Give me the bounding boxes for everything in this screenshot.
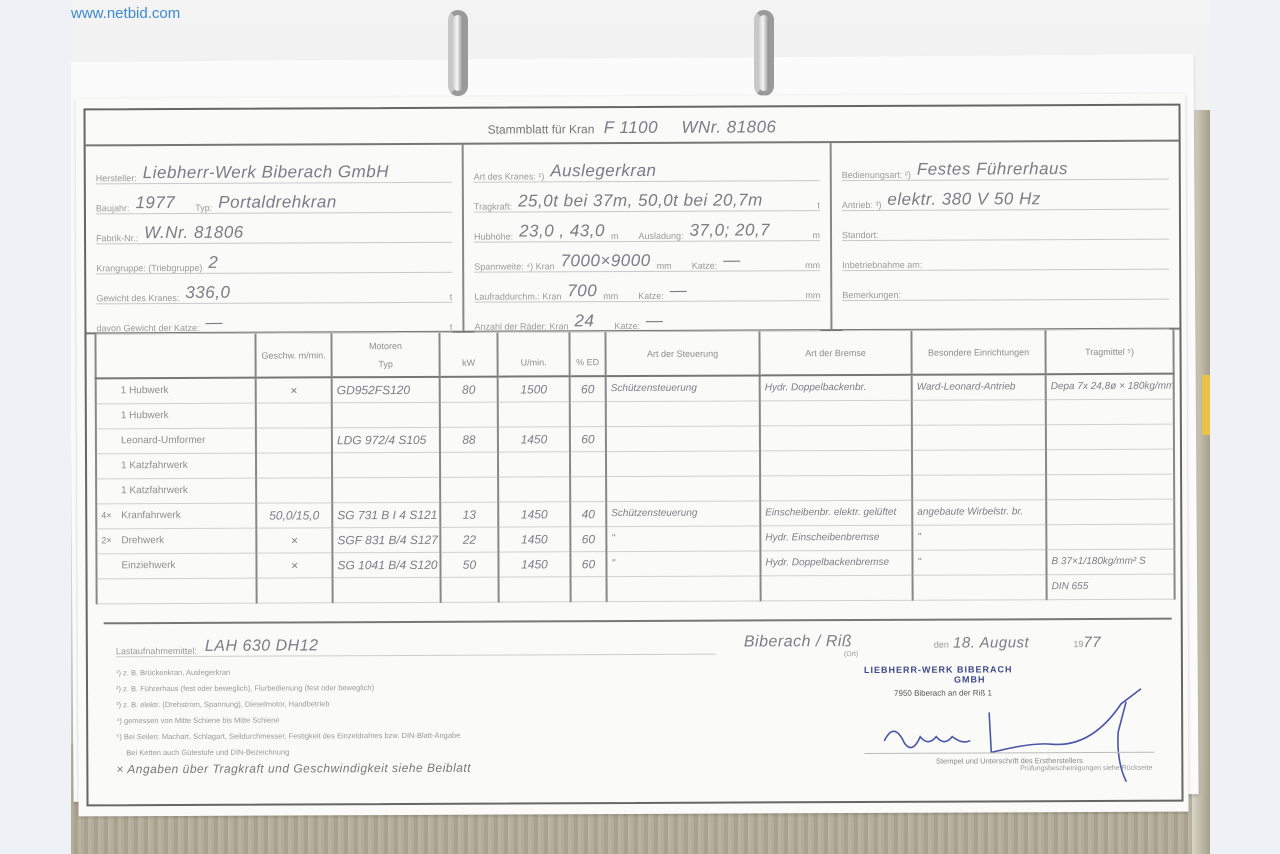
field-value: 2: [208, 253, 218, 273]
cell-control: [606, 475, 760, 501]
cell-name: 4×Kranfahrwerk: [96, 503, 256, 529]
cell-kw: 80: [440, 377, 498, 402]
cell-brake: Einscheibenbr. elektr. gelüftet: [760, 500, 912, 526]
form-line: Antrieb: ³)elektr. 380 V 50 Hz: [842, 180, 1169, 211]
cell-rpm: 1450: [498, 426, 570, 451]
cell-control: Schützensteuerung: [606, 375, 760, 401]
cell-rpm: 1450: [498, 526, 570, 551]
field-value: 25,0t bei 37m, 50,0t bei 20,7m: [518, 190, 763, 211]
field-value: elektr. 380 V 50 Hz: [887, 189, 1041, 210]
cell-type: SGF 831 B/4 S127: [332, 527, 440, 552]
field-label: Antrieb: ³): [842, 200, 882, 210]
form-line: [842, 300, 1169, 331]
table-row: DIN 655: [97, 574, 1175, 604]
year-prefix: 19: [1073, 639, 1083, 649]
cell-brake: Hydr. Doppelbackenbremse: [760, 550, 912, 576]
cell-brake: [760, 475, 912, 501]
operation-block: Bedienungsart: ²)Festes FührerhausAntrie…: [832, 142, 1180, 330]
cell-rope: [1046, 449, 1174, 475]
cell-type: [332, 477, 440, 502]
cell-control: ": [606, 525, 760, 551]
cell-type: [332, 402, 440, 427]
form-line: Hersteller:Liebherr-Werk Biberach GmbH: [96, 153, 452, 185]
year-value: 77: [1083, 634, 1101, 651]
field-label: Bedienungsart: ²): [842, 170, 911, 180]
form-line: Krangruppe: (Triebgruppe)2: [96, 243, 452, 275]
field-value: —: [646, 311, 664, 331]
cell-speed: [256, 402, 332, 427]
field-value: 37,0; 20,7: [689, 220, 770, 240]
form-line: Anzahl der Räder: Kran24Katze:—: [474, 301, 820, 333]
cell-rpm: 1450: [498, 501, 570, 526]
col-speed: Geschw. m/min.: [255, 333, 331, 377]
field-label: Inbetriebnahme am:: [842, 260, 922, 270]
crane-serial: WNr. 81806: [681, 117, 776, 136]
manufacturer-block: Hersteller:Liebherr-Werk Biberach GmbHBa…: [86, 145, 465, 333]
field-label: Katze:: [692, 261, 718, 271]
stamp-line: LIEBHERR-WERK BIBERACH: [864, 664, 1013, 675]
field-label: Anzahl der Räder: Kran: [474, 321, 568, 331]
cell-kw: [440, 477, 498, 502]
cell-name: 1 Katzfahrwerk: [96, 478, 256, 504]
signature-caption: Stempel und Unterschrift des Erstherstel…: [864, 752, 1154, 766]
cell-rpm: 1500: [498, 376, 570, 401]
col-type: MotorenTyp: [331, 333, 439, 377]
form-line: Laufraddurchm.: Kran700mmKatze:—mm: [474, 271, 820, 303]
field-value: —: [723, 251, 741, 271]
cell-type: GD952FS120: [332, 377, 440, 402]
mechanism-name: Leonard-Umformer: [121, 435, 206, 446]
field-value: 23,0 , 43,0: [519, 221, 605, 241]
field-label: Standort:: [842, 230, 879, 240]
cell-speed: ×: [256, 552, 332, 577]
field-label: Spannweite: ⁴) Kran: [474, 261, 554, 271]
cell-type: SG 731 B I 4 S121: [332, 502, 440, 527]
cell-kw: [440, 452, 498, 477]
lam-value: LAH 630 DH12: [205, 637, 319, 655]
cell-ed: 60: [570, 551, 606, 576]
mechanism-name: 1 Hubwerk: [121, 385, 169, 396]
cell-brake: [760, 425, 912, 451]
general-info: Hersteller:Liebherr-Werk Biberach GmbHBa…: [86, 142, 1180, 335]
form-line: Fabrik-Nr.:W.Nr. 81806: [96, 213, 452, 245]
date-field: den 18. August 1977: [934, 634, 1101, 652]
field-value: —: [670, 281, 688, 301]
signature-block: Biberach / Riß (Ort) den 18. August 1977…: [744, 632, 1164, 659]
cell-control: [607, 575, 761, 601]
cell-control: Schützensteuerung: [606, 500, 760, 526]
field-label: Hersteller:: [96, 173, 137, 183]
mechanism-name: 1 Hubwerk: [121, 410, 169, 421]
cell-control: [606, 400, 760, 426]
field-unit: t: [450, 292, 453, 302]
cell-special: [912, 474, 1046, 500]
quantity-prefix: 2×: [101, 535, 121, 545]
field-label: Typ:: [195, 203, 212, 213]
cell-rope: DIN 655: [1047, 574, 1175, 600]
form-line: Bedienungsart: ²)Festes Führerhaus: [842, 150, 1169, 181]
form-line: Hubhöhe:23,0 , 43,0mAusladung:37,0; 20,7…: [474, 211, 820, 243]
cell-kw: 22: [440, 527, 498, 552]
cell-rpm: [498, 401, 570, 426]
field-unit: mm: [805, 290, 820, 300]
cell-control: [606, 425, 760, 451]
lam-label: Lastaufnahmemittel:: [116, 646, 197, 656]
field-unit: m: [813, 230, 821, 240]
cell-speed: [256, 452, 332, 477]
cell-ed: 60: [570, 426, 606, 451]
cell-special: ": [912, 549, 1046, 575]
field-label: davon Gewicht der Katze:: [96, 323, 199, 333]
form-line: Inbetriebnahme am:: [842, 240, 1169, 271]
mechanism-name: Drehwerk: [121, 535, 164, 546]
cell-speed: ×: [256, 377, 332, 402]
form-line: Bemerkungen:: [842, 270, 1169, 301]
date-value: 18. August: [953, 634, 1029, 651]
form-line: Gewicht des Kranes:336,0t: [96, 273, 452, 305]
binder-ring-icon: [448, 10, 468, 96]
field-unit: m: [611, 231, 619, 241]
field-label: Hubhöhe:: [474, 232, 513, 242]
cell-ed: [571, 576, 607, 601]
cell-rope: [1046, 424, 1174, 450]
cell-ed: [570, 476, 606, 501]
cell-brake: [760, 400, 912, 426]
cell-special: [912, 449, 1046, 475]
mechanism-name: 1 Katzfahrwerk: [121, 485, 188, 496]
cell-kw: [440, 402, 498, 427]
col-brake: Art der Bremse: [759, 331, 911, 376]
cell-special: [912, 399, 1046, 425]
field-label: Krangruppe: (Triebgruppe): [96, 263, 202, 273]
cell-control: ": [606, 550, 760, 576]
cell-rpm: [498, 476, 570, 501]
cell-special: [913, 574, 1047, 600]
watermark-link[interactable]: www.netbid.com: [71, 5, 180, 22]
cell-speed: ×: [256, 527, 332, 552]
cell-kw: 13: [440, 502, 498, 527]
crane-model: F 1100: [604, 118, 658, 137]
cell-rope: [1046, 399, 1174, 425]
field-unit: mm: [805, 260, 820, 270]
place: Biberach / Riß: [744, 633, 852, 650]
cell-rope: [1046, 474, 1174, 500]
bottom-note: Prüfungsbescheinigungen siehe Rückseite: [1020, 765, 1152, 773]
col-rope: Tragmittel ⁵): [1045, 330, 1173, 375]
title-label: Stammblatt für Kran: [488, 122, 595, 136]
binder-ring-icon: [754, 10, 774, 96]
crane-specs-block: Art des Kranes: ¹)AuslegerkranTragkraft:…: [464, 143, 833, 331]
field-unit: mm: [603, 291, 618, 301]
field-value: Festes Führerhaus: [917, 159, 1068, 180]
cell-ed: 60: [570, 376, 606, 401]
cell-kw: 50: [440, 552, 498, 577]
cell-ed: 40: [570, 501, 606, 526]
field-value: Liebherr-Werk Biberach GmbH: [143, 162, 389, 183]
col-ed: % ED: [569, 332, 605, 376]
document-photo: Stammblatt für Kran F 1100 WNr. 81806 He…: [71, 0, 1210, 854]
col-control: Art der Steuerung: [605, 331, 759, 376]
cell-name: 1 Katzfahrwerk: [96, 453, 256, 479]
form-line: Art des Kranes: ¹)Auslegerkran: [474, 151, 820, 183]
cell-speed: [257, 577, 333, 602]
yellow-tab: [1202, 375, 1210, 435]
mechanism-name: Kranfahrwerk: [121, 510, 181, 521]
cell-speed: [256, 477, 332, 502]
form-line: Tragkraft:25,0t bei 37m, 50,0t bei 20,7m…: [474, 181, 820, 213]
field-label: Bemerkungen:: [842, 290, 901, 300]
field-value: 700: [567, 281, 597, 301]
field-label: Laufraddurchm.: Kran: [474, 291, 561, 301]
cell-ed: [570, 401, 606, 426]
cell-brake: [760, 450, 912, 476]
cell-special: ": [912, 524, 1046, 550]
cell-brake: Hydr. Einscheibenbremse: [760, 525, 912, 551]
form-line: Baujahr:1977Typ:Portaldrehkran: [96, 183, 452, 215]
field-label: Baujahr:: [96, 203, 130, 213]
cell-type: SG 1041 B/4 S120: [332, 552, 440, 577]
field-unit: t: [817, 200, 820, 210]
date-prefix: den: [934, 640, 949, 650]
motors-group-header: Motoren: [336, 340, 434, 350]
cell-ed: [570, 451, 606, 476]
field-value: Auslegerkran: [550, 161, 656, 181]
mechanism-name: Einziehwerk: [121, 560, 175, 571]
load-handling-field: Lastaufnahmemittel: LAH 630 DH12: [116, 636, 716, 658]
crane-record-sheet: Stammblatt für Kran F 1100 WNr. 81806 He…: [75, 94, 1188, 817]
field-value: 7000×9000: [561, 251, 651, 271]
cell-rpm: 1450: [498, 551, 570, 576]
drives-table: Geschw. m/min. MotorenTyp kW U/min. % ED…: [94, 330, 1175, 604]
cell-special: Ward-Leonard-Antrieb: [912, 374, 1046, 400]
field-label: Ausladung:: [638, 231, 683, 241]
cell-rope: Depa 7x 24,8ø × 180kg/mm²: [1046, 374, 1174, 400]
cell-speed: 50,0/15,0: [256, 502, 332, 527]
cell-rpm: [498, 451, 570, 476]
field-value: W.Nr. 81806: [144, 223, 244, 243]
field-label: Art des Kranes: ¹): [474, 171, 545, 181]
field-label: Gewicht des Kranes:: [96, 293, 179, 303]
field-label: Katze:: [614, 321, 640, 331]
field-value: —: [205, 313, 223, 333]
cell-type: [333, 577, 441, 602]
cell-brake: [761, 575, 913, 601]
field-unit: mm: [657, 261, 672, 271]
cell-name: 1 Hubwerk: [96, 403, 256, 429]
cell-rope: [1046, 499, 1174, 525]
cell-rpm: [499, 576, 571, 601]
field-value: 24: [574, 311, 594, 331]
field-label: Katze:: [638, 291, 664, 301]
cell-name: 2×Drehwerk: [96, 528, 256, 554]
cell-rope: B 37×1/180kg/mm² S: [1046, 549, 1174, 575]
col-rpm: U/min.: [497, 332, 569, 376]
cell-rope: [1046, 524, 1174, 550]
cell-kw: [441, 577, 499, 602]
cell-speed: [256, 427, 332, 452]
field-label: Tragkraft:: [474, 202, 512, 212]
form-line: Spannweite: ⁴) Kran7000×9000mmKatze:—mm: [474, 241, 820, 273]
cell-type: [332, 452, 440, 477]
cell-name: [97, 578, 257, 604]
cell-name: Einziehwerk: [96, 553, 256, 579]
form-footer: Lastaufnahmemittel: LAH 630 DH12 ¹) z. B…: [104, 618, 1173, 803]
cell-type: LDG 972/4 S105: [332, 427, 440, 452]
field-value: 336,0: [185, 283, 230, 303]
form-line: davon Gewicht der Katze:—t: [96, 303, 452, 335]
quantity-prefix: 4×: [101, 510, 121, 520]
field-value: 1977: [135, 193, 175, 213]
cell-special: [912, 424, 1046, 450]
cell-special: angebaute Wirbelstr. br.: [912, 499, 1046, 525]
cell-name: 1 Hubwerk: [96, 378, 256, 404]
form-title: Stammblatt für Kran F 1100 WNr. 81806: [85, 106, 1178, 147]
type-header: Typ: [337, 358, 435, 368]
cell-ed: 60: [570, 526, 606, 551]
col-mechanism: [95, 334, 255, 379]
field-unit: t: [450, 322, 453, 332]
col-kw: kW: [439, 333, 497, 377]
form-line: Standort:: [842, 210, 1169, 241]
form-frame: Stammblatt für Kran F 1100 WNr. 81806 He…: [83, 104, 1183, 807]
cell-control: [606, 450, 760, 476]
field-value: Portaldrehkran: [218, 192, 337, 213]
field-label: Fabrik-Nr.:: [96, 233, 138, 243]
cell-kw: 88: [440, 427, 498, 452]
mechanism-name: 1 Katzfahrwerk: [121, 460, 188, 471]
cell-brake: Hydr. Doppelbackenbr.: [760, 375, 912, 401]
cell-name: Leonard-Umformer: [96, 428, 256, 454]
col-special: Besondere Einrichtungen: [911, 330, 1045, 375]
